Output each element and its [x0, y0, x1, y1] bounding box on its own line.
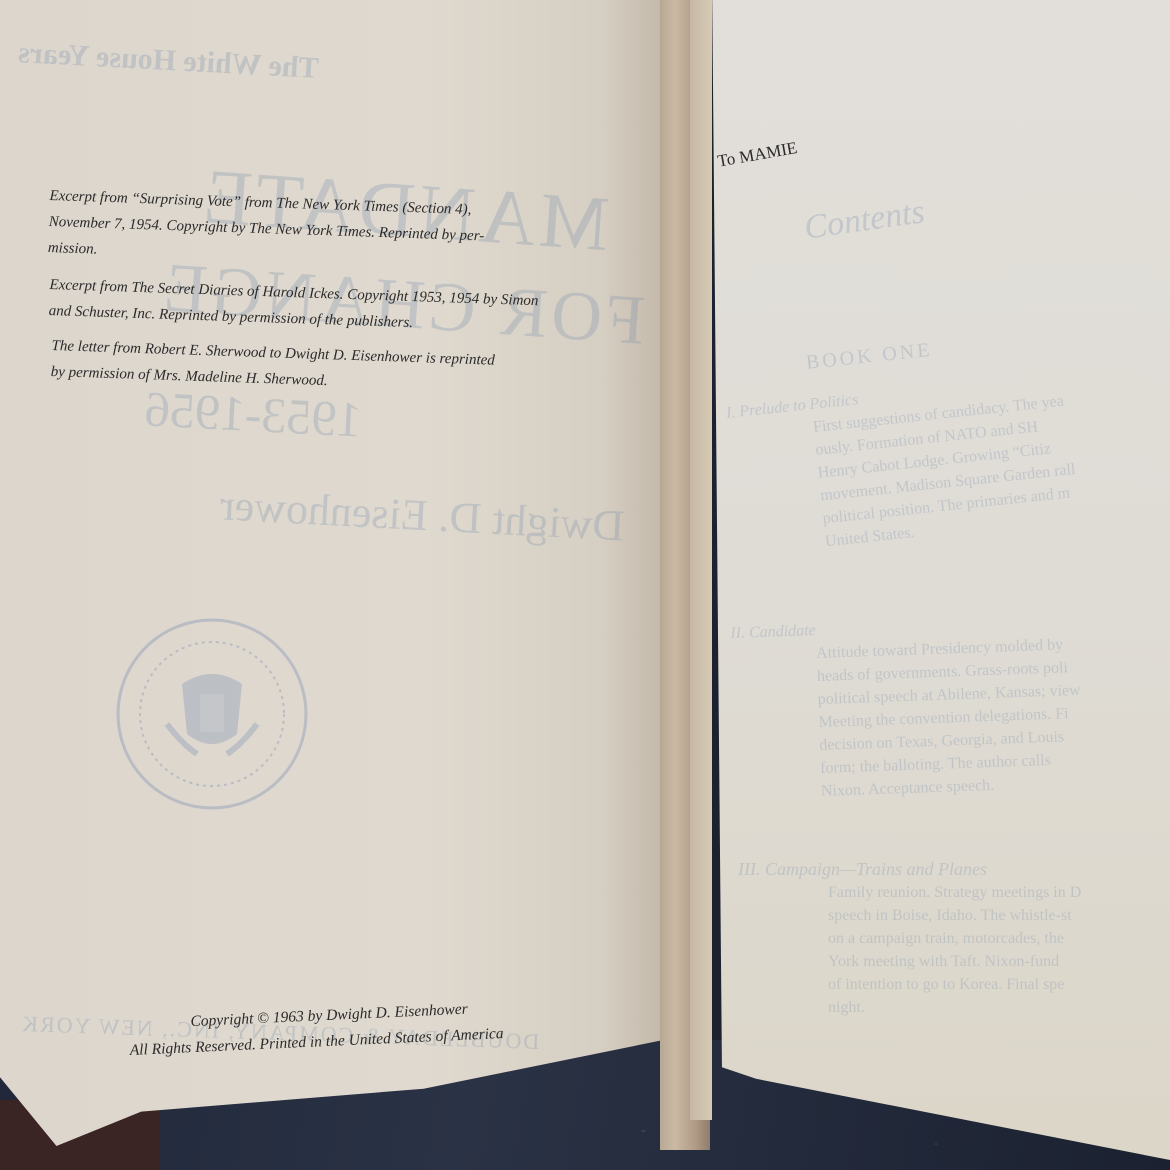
presidential-seal-icon [112, 614, 312, 814]
right-page [683, 0, 1170, 1160]
right-page-edge [690, 0, 712, 1120]
left-page [0, 0, 706, 1146]
